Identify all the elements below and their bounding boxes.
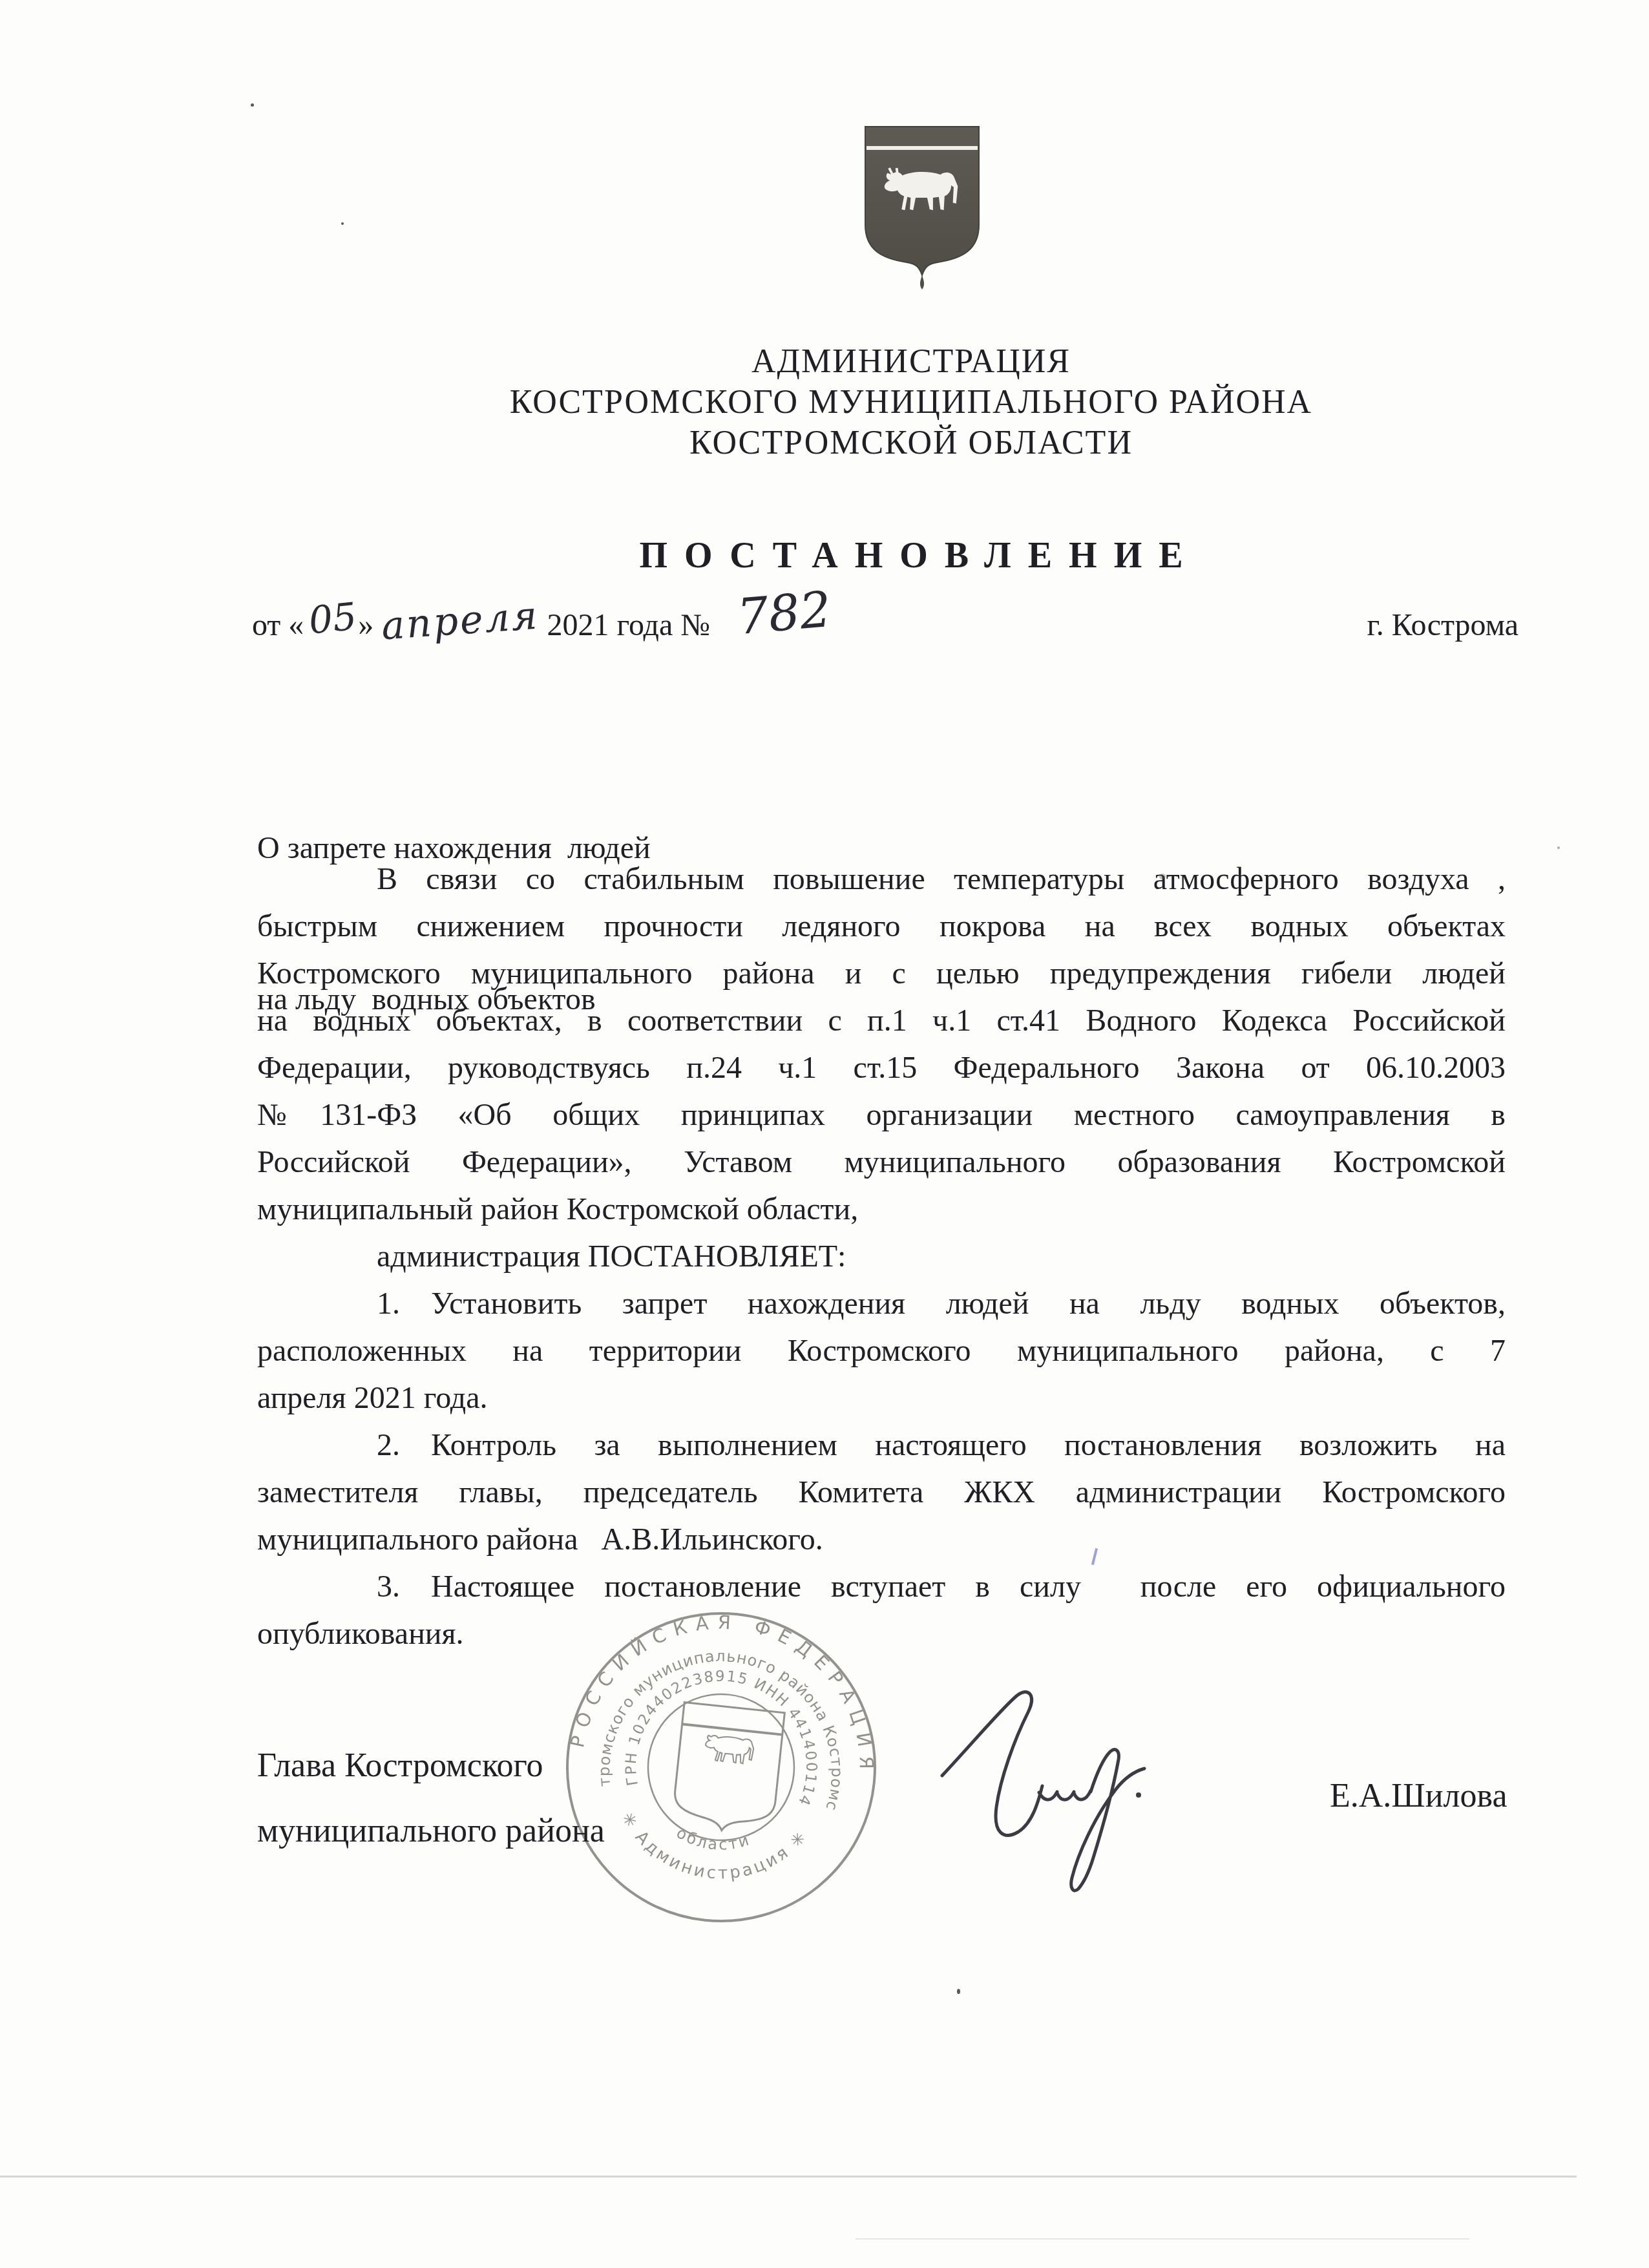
signatory-name: Е.А.Шилова <box>1330 1777 1507 1815</box>
body-line: Федерации, руководствуясь п.24 ч.1 ст.15… <box>257 1044 1506 1091</box>
org-header: АДМИНИСТРАЦИЯ КОСТРОМСКОГО МУНИЦИПАЛЬНОГ… <box>252 341 1570 463</box>
body-line: заместителя главы, председатель Комитета… <box>257 1469 1506 1516</box>
place-label: г. Кострома <box>1367 607 1518 643</box>
scanned-document-page: АДМИНИСТРАЦИЯ КОСТРОМСКОГО МУНИЦИПАЛЬНОГ… <box>0 0 1649 2268</box>
body-text: В связи со стабильным повышение температ… <box>257 856 1506 1657</box>
body-line: муниципального района А.В.Ильинского. <box>257 1516 1506 1563</box>
body-line: администрация ПОСТАНОВЛЯЕТ: <box>257 1233 1506 1280</box>
signatory-post-line-2: муниципального района <box>257 1798 605 1864</box>
shield-stripe <box>867 146 978 150</box>
body-line: быстрым снижением прочности ледяного пок… <box>257 903 1506 950</box>
scan-speck <box>251 103 254 107</box>
seal-bottom-inner-text: области <box>673 1823 755 1857</box>
date-year-number-label: 2021 года № <box>539 607 718 643</box>
handwritten-doc-number: 782 <box>735 580 833 646</box>
signatory-post: Глава Костромского муниципального района <box>257 1733 605 1864</box>
seal-shield <box>671 1703 784 1836</box>
doc-type-title: ПОСТАНОВЛЕНИЕ <box>252 535 1570 576</box>
seal-cow-icon <box>704 1734 755 1764</box>
org-line-2: КОСТРОМСКОГО МУНИЦИПАЛЬНОГО РАЙОНА <box>252 382 1570 423</box>
signatory-post-line-1: Глава Костромского <box>257 1733 605 1798</box>
body-line: №131-ФЗ «Об общих принципах организации … <box>257 1091 1506 1139</box>
shield-pendant <box>920 275 924 289</box>
scan-speck <box>341 222 344 225</box>
seal-inner-circle <box>641 1687 801 1847</box>
body-line: муниципальный район Костромской области, <box>257 1186 1506 1233</box>
coat-of-arms-icon <box>861 123 983 292</box>
org-line-3: КОСТРОМСКОЙ ОБЛАСТИ <box>252 423 1570 463</box>
body-line: апреля 2021 года. <box>257 1374 1506 1422</box>
scan-speck <box>957 1989 960 1994</box>
body-line: на водных объектах, в соответствии с п.1… <box>257 997 1506 1044</box>
handwritten-day: 05 <box>307 594 359 642</box>
scan-line <box>856 2238 1469 2240</box>
body-line: 2. Контроль за выполнением настоящего по… <box>257 1422 1506 1469</box>
body-line: Российской Федерации», Уставом муниципал… <box>257 1139 1506 1186</box>
body-line: В связи со стабильным повышение температ… <box>257 856 1506 903</box>
body-line: 1. Установить запрет нахождения людей на… <box>257 1280 1506 1327</box>
body-line: Костромского муниципального района и с ц… <box>257 950 1506 997</box>
date-prefix: от « <box>252 607 304 643</box>
scan-speck <box>1557 846 1560 849</box>
scan-line <box>0 2176 1577 2178</box>
scan-speck <box>1159 874 1166 879</box>
handwritten-month: апреля <box>380 593 541 649</box>
body-line: расположенных на территории Костромского… <box>257 1327 1506 1374</box>
handwritten-signature <box>930 1675 1176 1895</box>
org-line-1: АДМИНИСТРАЦИЯ <box>252 341 1570 382</box>
date-quote-close: » <box>358 607 373 643</box>
date-line: от « 05 » апреля 2021 года № 782 г. Кост… <box>252 589 1518 647</box>
